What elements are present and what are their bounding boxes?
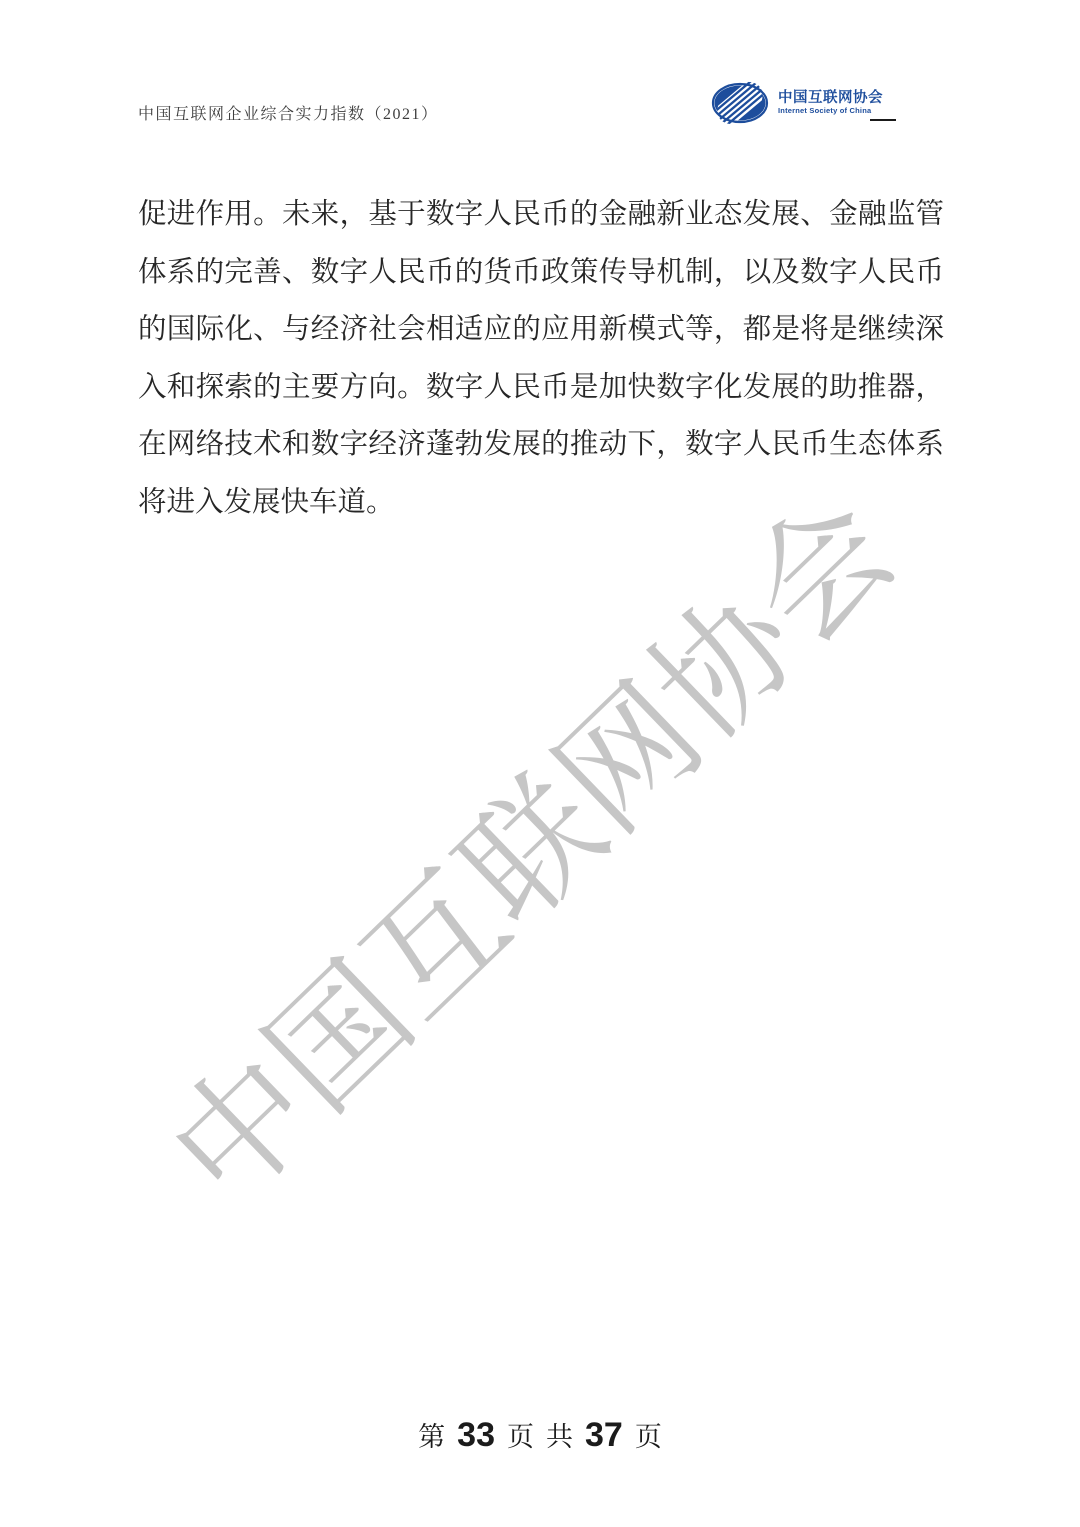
footer-label-di: 第 [418, 1422, 445, 1452]
org-logo-text: 中国互联网协会 Internet Society of China [778, 91, 883, 115]
footer-label-ye: 页 [507, 1422, 534, 1452]
org-name-cn: 中国互联网协会 [778, 91, 883, 106]
org-logo: 中国互联网协会 Internet Society of China [710, 80, 883, 126]
body-line: 促进作用。未来，基于数字人民币的金融新业态发展、金融监管 [138, 186, 944, 244]
footer-label-ye: 页 [635, 1422, 662, 1452]
footer-page-number: 33 [457, 1416, 495, 1454]
org-name-en: Internet Society of China [778, 106, 883, 115]
doc-title: 中国互联网企业综合实力指数（2021） [138, 101, 439, 124]
body-line: 入和探索的主要方向。数字人民币是加快数字化发展的助推器， [138, 359, 944, 417]
footer-label-gong: 共 [546, 1422, 573, 1452]
body-line: 将进入发展快车道。 [138, 474, 944, 532]
body-paragraph: 促进作用。未来，基于数字人民币的金融新业态发展、金融监管 体系的完善、数字人民币… [138, 186, 944, 531]
footer-total-pages: 37 [585, 1416, 623, 1454]
header-dash [870, 119, 896, 121]
body-line: 体系的完善、数字人民币的货币政策传导机制，以及数字人民币 [138, 244, 944, 302]
watermark: 中国互联网协会 [121, 448, 929, 1238]
document-page: 中国互联网企业综合实力指数（2021） [0, 0, 1080, 1527]
body-line: 在网络技术和数字经济蓬勃发展的推动下，数字人民币生态体系 [138, 416, 944, 474]
isc-emblem-icon [710, 80, 770, 126]
body-line: 的国际化、与经济社会相适应的应用新模式等，都是将是继续深 [138, 301, 944, 359]
page-footer: 第33页共37页 [0, 1415, 1080, 1455]
